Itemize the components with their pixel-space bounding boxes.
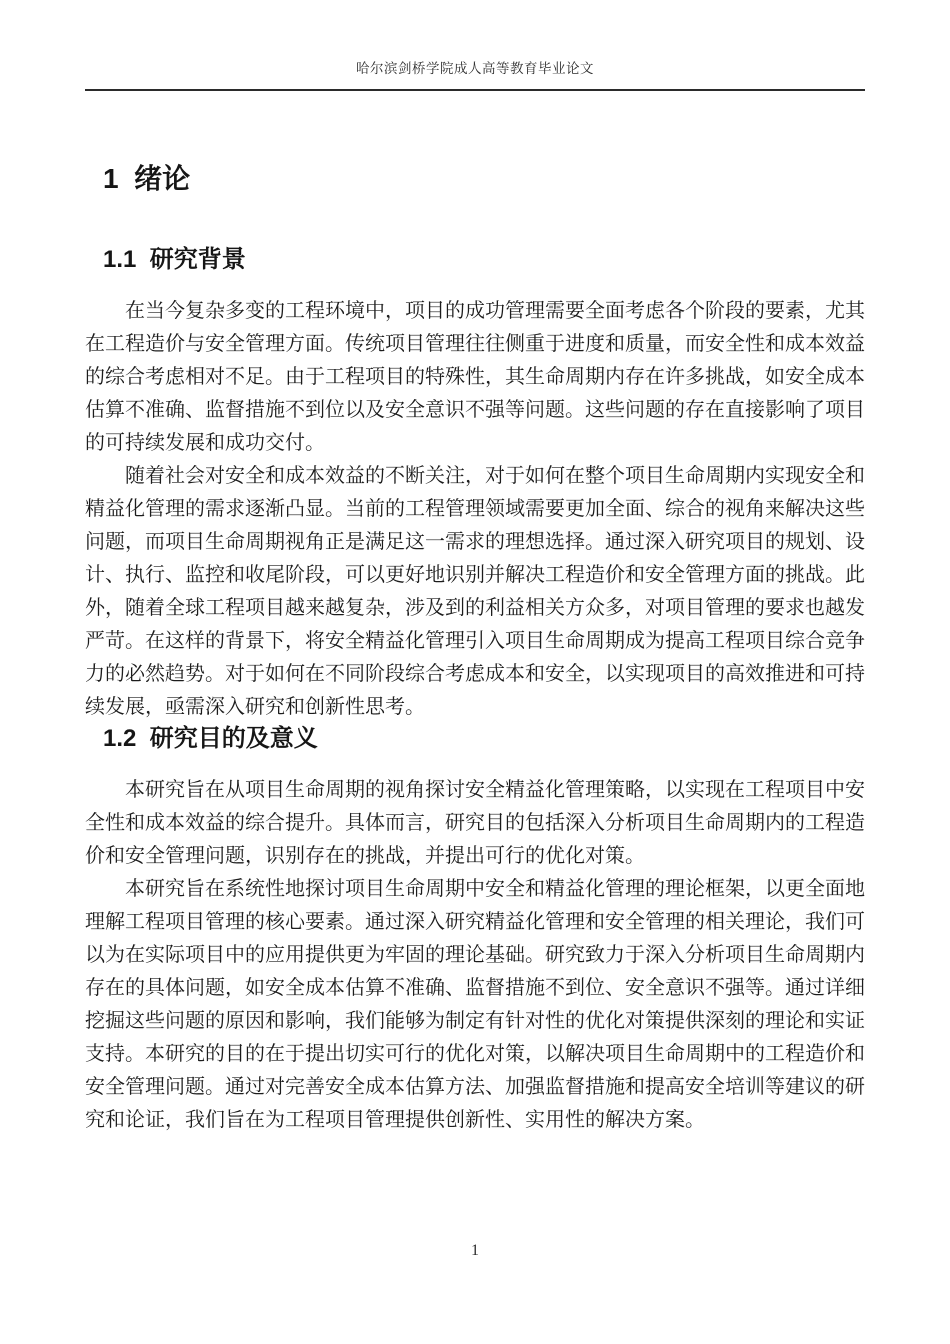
page-header: 哈尔滨剑桥学院成人高等教育毕业论文 [85, 0, 865, 91]
section-heading-1-1: 1.1 研究背景 [103, 245, 865, 275]
thesis-page: 哈尔滨剑桥学院成人高等教育毕业论文 1 绪论 1.1 研究背景 在当今复杂多变的… [0, 0, 950, 1344]
page-footer: 1 [0, 1242, 950, 1260]
page-body: 1 绪论 1.1 研究背景 在当今复杂多变的工程环境中，项目的成功管理需要全面考… [85, 164, 865, 1137]
page-number: 1 [471, 1242, 479, 1259]
paragraph-research-background-2: 随着社会对安全和成本效益的不断关注，对于如何在整个项目生命周期内实现安全和精益化… [85, 460, 865, 724]
paragraph-research-purpose-2: 本研究旨在系统性地探讨项目生命周期中安全和精益化管理的理论框架，以更全面地理解工… [85, 873, 865, 1137]
paragraph-research-purpose-1: 本研究旨在从项目生命周期的视角探讨安全精益化管理策略，以实现在工程项目中安全性和… [85, 774, 865, 873]
section-heading-1-2: 1.2 研究目的及意义 [103, 724, 865, 754]
chapter-heading: 1 绪论 [103, 164, 865, 194]
running-header-title: 哈尔滨剑桥学院成人高等教育毕业论文 [85, 60, 865, 78]
paragraph-research-background-1: 在当今复杂多变的工程环境中，项目的成功管理需要全面考虑各个阶段的要素，尤其在工程… [85, 295, 865, 460]
